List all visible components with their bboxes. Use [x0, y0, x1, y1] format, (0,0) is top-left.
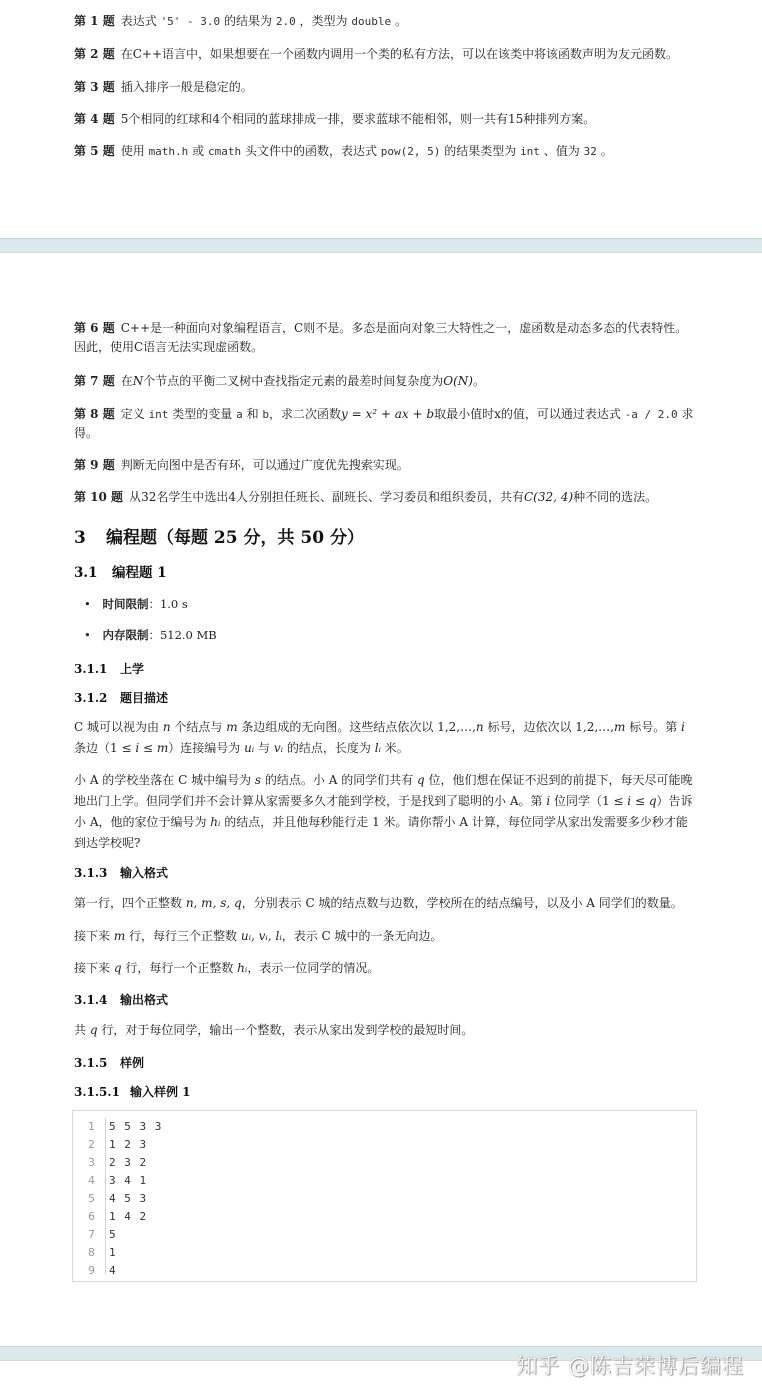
document-page-1: 第 1 题表达式 '5' - 3.0 的结果为 2.0 ，类型为 double … [0, 0, 762, 238]
description-paragraph-1: C 城可以视为由 n 个结点与 m 条边组成的无向图。这些结点依次以 1,2,…… [74, 717, 698, 759]
input-format-line-3: 接下来 q 行，每行一个正整数 hᵢ，表示一位同学的情况。 [74, 958, 698, 979]
code-line: 94 [73, 1262, 673, 1280]
sample-heading: 3.1.5样例 [74, 1054, 144, 1071]
question-8: 第 8 题定义 int 类型的变量 a 和 b，求二次函数y = x² + ax… [74, 405, 698, 443]
code-line: 81 [73, 1244, 673, 1262]
section-heading: 3编程题（每题 25 分，共 50 分） [74, 523, 364, 548]
question-4: 第 4 题5个相同的红球和4个相同的蓝球排成一排，要求蓝球不能相邻，则一共有15… [74, 110, 698, 129]
memory-limit-item: 内存限制：512.0 MB [84, 627, 217, 643]
question-6: 第 6 题C++是一种面向对象编程语言，C则不是。多态是面向对象三大特性之一，虚… [74, 319, 698, 357]
page-separator [0, 238, 762, 253]
question-3: 第 3 题插入排序一般是稳定的。 [74, 78, 698, 97]
code-line: 21 2 3 [73, 1136, 673, 1154]
zhihu-watermark: 知乎 @陈吉荣博后编程 [516, 1350, 744, 1380]
code-line: 43 4 1 [73, 1172, 673, 1190]
question-5: 第 5 题使用 math.h 或 cmath 头文件中的函数，表达式 pow(2… [74, 142, 698, 161]
output-format-line: 共 q 行，对于每位同学，输出一个整数，表示从家出发到学校的最短时间。 [74, 1020, 698, 1041]
problem-title-heading: 3.1.1上学 [74, 660, 144, 677]
question-2: 第 2 题在C++语言中，如果想要在一个函数内调用一个类的私有方法，可以在该类中… [74, 45, 698, 64]
input-format-heading: 3.1.3输入格式 [74, 864, 168, 881]
input-format-line-2: 接下来 m 行，每行三个正整数 uᵢ, vᵢ, lᵢ，表示 C 城中的一条无向边… [74, 926, 698, 947]
output-format-heading: 3.1.4输出格式 [74, 991, 168, 1008]
sample-input-heading: 3.1.5.1输入样例 1 [74, 1083, 191, 1100]
code-line: 54 5 3 [73, 1190, 673, 1208]
question-10: 第 10 题从32名学生中选出4人分别担任班长、副班长、学习委员和组织委员，共有… [74, 488, 698, 507]
input-format-line-1: 第一行，四个正整数 n, m, s, q，分别表示 C 城的结点数与边数，学校所… [74, 893, 698, 914]
time-limit-item: 时间限制：1.0 s [84, 596, 188, 612]
question-7: 第 7 题在N个节点的平衡二叉树中查找指定元素的最差时间复杂度为O(N)。 [74, 372, 698, 391]
description-paragraph-2: 小 A 的学校坐落在 C 城中编号为 s 的结点。小 A 的同学们共有 q 位，… [74, 770, 698, 854]
question-9: 第 9 题判断无向图中是否有环，可以通过广度优先搜索实现。 [74, 456, 698, 475]
code-line: 61 4 2 [73, 1208, 673, 1226]
sample-input-code-block: 15 5 3 3 21 2 3 32 3 2 43 4 1 54 5 3 61 … [72, 1110, 697, 1282]
code-line: 75 [73, 1226, 673, 1244]
description-heading: 3.1.2题目描述 [74, 689, 168, 706]
code-line: 15 5 3 3 [73, 1118, 673, 1136]
question-1: 第 1 题表达式 '5' - 3.0 的结果为 2.0 ，类型为 double … [74, 12, 698, 31]
subsection-heading: 3.1编程题 1 [74, 561, 167, 581]
code-line: 32 3 2 [73, 1154, 673, 1172]
